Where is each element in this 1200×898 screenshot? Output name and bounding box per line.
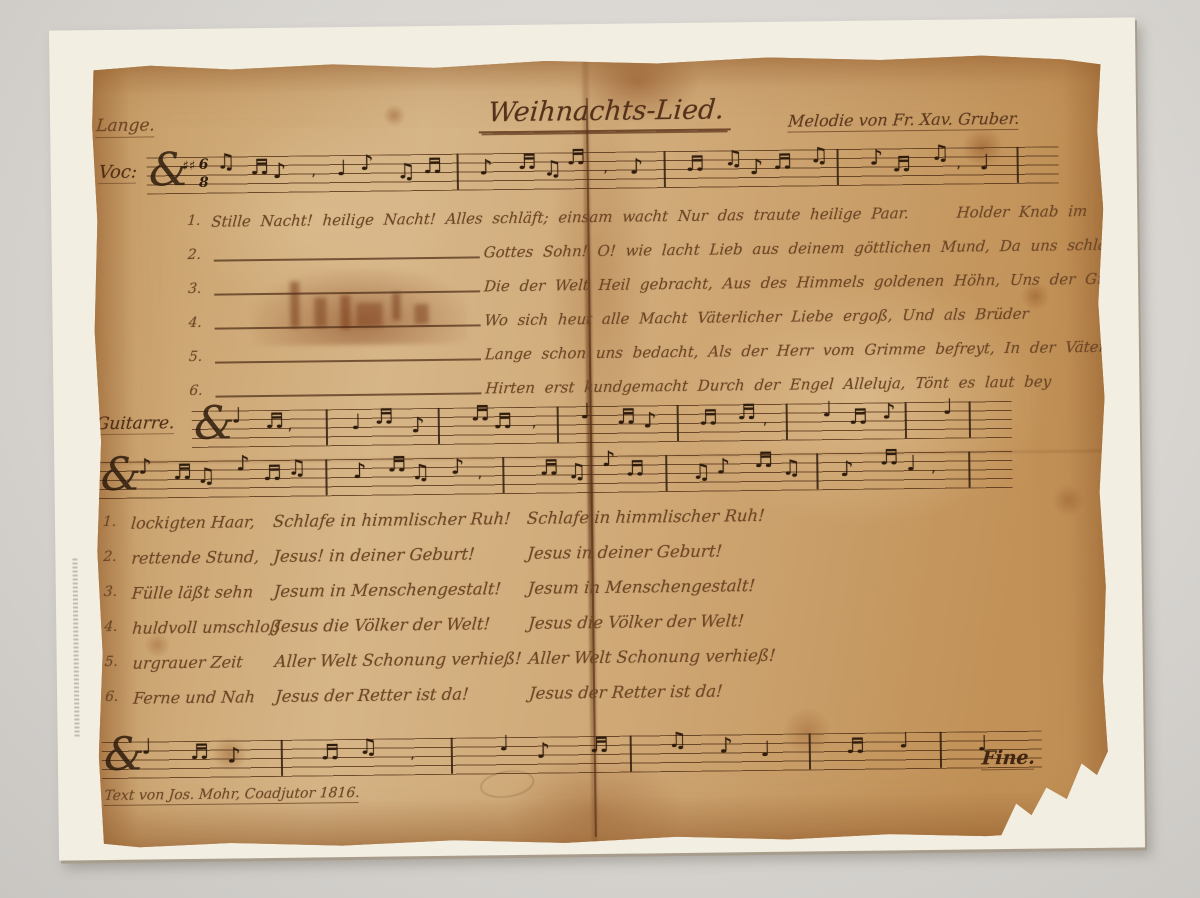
treble-clef-icon: & — [104, 731, 146, 777]
note-glyph: ♫ — [930, 143, 949, 164]
refrain-number: 4. — [104, 619, 119, 635]
closing-staff: &♩♬♪♬♫,♩♪♬♫♪♩♬♩♩ — [102, 731, 1042, 779]
refrain-block: 1.lockigten Haar,Schlafe in himmlischer … — [89, 52, 1103, 64]
note-glyph: ♬ — [423, 156, 442, 177]
note-glyph: ♬ — [880, 447, 899, 468]
verse-ending-words: Ferne und Nah — [132, 687, 255, 708]
note-glyph: ♬ — [517, 152, 536, 173]
note-glyph: ♫ — [692, 462, 711, 483]
rest-mark: , — [287, 418, 292, 433]
note-glyph: ♬ — [566, 147, 585, 168]
note-glyph: ♪ — [227, 745, 241, 766]
tempo-marking: Lange. — [95, 115, 155, 138]
note-glyph: ♪ — [536, 741, 550, 762]
verse-number: 5. — [188, 349, 203, 365]
note-glyph: ♩ — [980, 152, 990, 173]
barline — [663, 151, 665, 187]
note-glyph: ♬ — [250, 157, 269, 178]
verse-number: 2. — [187, 247, 202, 263]
note-glyph: ♬ — [737, 402, 756, 423]
note-glyph: ♩ — [580, 401, 590, 422]
barline — [939, 732, 941, 768]
refrain-line: 5.urgrauer ZeitAller Welt Schonung verhi… — [97, 642, 1111, 678]
verse-text-tail: Holder Knab im — [956, 202, 1088, 222]
refrain-line: 2.rettende Stund,Jesus! in deiner Geburt… — [95, 537, 1109, 573]
note-glyph: ♫ — [724, 148, 743, 169]
barline — [325, 459, 327, 495]
note-glyph: ♫ — [197, 466, 216, 487]
refrain-line: 3.Fülle läßt sehnJesum in Menschengestal… — [96, 572, 1110, 608]
note-glyph: ♬ — [173, 462, 192, 483]
verse-text-start: Hirten erst kundgemacht Durch der Engel … — [485, 372, 1052, 397]
barline — [557, 406, 559, 442]
refrain-number: 5. — [104, 654, 119, 670]
verse-text: Die der Welt Heil gebracht, Aus des Himm… — [483, 270, 1090, 295]
note-glyph: ♬ — [265, 411, 284, 432]
note-glyph: ♬ — [320, 742, 339, 763]
barline — [786, 404, 788, 440]
note-glyph: ♫ — [809, 145, 828, 166]
verse-line: 2.Gottes Sohn! O! wie lacht Lieb aus dei… — [92, 236, 1106, 272]
refrain-line: 4.huldvoll umschloßJesus die Völker der … — [96, 607, 1110, 643]
rest-mark: , — [311, 163, 316, 178]
note-glyph: ♬ — [471, 403, 490, 424]
ditto-line — [214, 256, 480, 261]
lyricist-credit: Text von Jos. Mohr, Coadjutor 1816. — [104, 785, 361, 806]
note-glyph: ♬ — [617, 407, 636, 428]
refrain-line: 6.Ferne und NahJesus der Retter ist da!J… — [97, 677, 1111, 713]
guitar-staff: &♩♬,♩♬♪♬♬,♩♬♪♬♬,♩♬♪♩ — [192, 401, 1012, 448]
treble-clef-icon: & — [100, 451, 142, 497]
verse-line: 5.Lange schon uns bedacht, Als der Herr … — [93, 338, 1107, 374]
barline — [630, 736, 632, 772]
barline — [969, 451, 971, 487]
note-glyph: ♩ — [943, 397, 953, 418]
note-glyph: ♩ — [899, 730, 909, 751]
note-glyph: ♬ — [190, 742, 209, 763]
note-glyph: ♪ — [869, 147, 883, 168]
rest-mark: , — [956, 156, 961, 171]
note-glyph: ♬ — [626, 458, 645, 479]
note-glyph: ♩ — [337, 158, 347, 179]
refrain-second-repeat: Schlafe in himmlischer Ruh! — [526, 506, 765, 528]
verse-ending-words: huldvoll umschloß — [132, 617, 282, 638]
note-glyph: ♩ — [822, 399, 832, 420]
refrain-second-repeat: Aller Welt Schonung verhieß! — [528, 646, 776, 668]
ditto-line — [215, 358, 481, 363]
note-glyph: ♪ — [451, 457, 465, 478]
refrain-number: 1. — [102, 514, 117, 530]
photo-backdrop: Lange. Weihnachts-Lied. Melodie von Fr. … — [0, 0, 1200, 898]
page-title: Weihnachts-Lied. — [479, 94, 733, 133]
note-glyph: ♪ — [479, 157, 493, 178]
note-glyph: ♪ — [643, 410, 657, 431]
ditto-line — [214, 290, 480, 295]
verse-text-start: Die der Welt Heil gebracht, Aus des Himm… — [483, 269, 1144, 295]
barline — [1016, 147, 1018, 183]
barline — [457, 154, 459, 190]
barline — [502, 457, 504, 493]
verse-ending-words: lockigten Haar, — [130, 512, 255, 533]
refrain-second-repeat: Jesus in deiner Geburt! — [527, 541, 723, 562]
refrain-first-repeat: Schlafe in himmlischer Ruh! — [272, 509, 511, 531]
note-glyph: ♪ — [750, 157, 764, 178]
note-glyph: ♪ — [236, 453, 250, 474]
note-glyph: ♫ — [567, 461, 586, 482]
note-glyph: ♫ — [216, 151, 235, 172]
barline — [836, 149, 838, 185]
note-glyph: ♩ — [142, 736, 152, 757]
refrain-second-repeat: Jesus die Völker der Welt! — [528, 611, 745, 633]
barline — [665, 455, 667, 491]
refrain-number: 3. — [103, 584, 118, 600]
poster-sheet: Lange. Weihnachts-Lied. Melodie von Fr. … — [49, 17, 1145, 860]
manuscript-paper: Lange. Weihnachts-Lied. Melodie von Fr. … — [89, 52, 1113, 850]
rest-mark: , — [931, 460, 936, 475]
note-glyph: ♫ — [287, 458, 306, 479]
note-glyph: ♪ — [360, 153, 374, 174]
note-glyph: ♬ — [849, 407, 868, 428]
refrain-first-repeat: Jesus der Retter ist da! — [274, 685, 469, 706]
refrain-first-repeat: Aller Welt Schonung verhieß! — [274, 649, 522, 671]
refrain-first-repeat: Jesus die Völker der Welt! — [274, 614, 491, 636]
note-glyph: ♫ — [668, 730, 687, 751]
note-glyph: ♩ — [906, 453, 916, 474]
note-glyph: ♪ — [630, 156, 644, 177]
note-glyph: ♪ — [716, 456, 730, 477]
note-glyph: ♪ — [719, 735, 733, 756]
guitar-part-label: Guitarre. — [95, 413, 175, 435]
rest-mark: , — [603, 160, 608, 175]
refrain-number: 2. — [103, 549, 118, 565]
barline — [437, 408, 439, 444]
refrain-second-repeat: Jesus der Retter ist da! — [528, 681, 723, 702]
rest-mark: , — [477, 465, 482, 480]
composer-attribution: Melodie von Fr. Xav. Gruber. — [787, 109, 1020, 133]
verse-text: Stille Nacht! heilige Nacht! Alles schlä… — [211, 202, 1088, 231]
note-glyph: ♫ — [543, 158, 562, 179]
note-glyph: ♪ — [840, 459, 854, 480]
barline — [968, 401, 970, 437]
margin-fine-print — [72, 558, 79, 738]
verse-line: 3.Die der Welt Heil gebracht, Aus des Hi… — [92, 270, 1106, 306]
note-glyph: ♬ — [892, 154, 911, 175]
verse-text: Hirten erst kundgemacht Durch der Engel … — [485, 372, 1092, 397]
note-glyph: ♫ — [397, 161, 416, 182]
verse-text-start: Lange schon uns bedacht, Als der Herr vo… — [484, 338, 1106, 364]
barline — [280, 740, 282, 776]
voice-staff: &♯♯68♫♬♪,♩♪♫♬♪♬♫♬,♪♬♫♪♬♫♪♬♫,♩ — [147, 146, 1059, 194]
barline — [326, 409, 328, 445]
refrain-line: 1.lockigten Haar,Schlafe in himmlischer … — [95, 502, 1109, 538]
barline — [904, 402, 906, 438]
note-glyph: ♬ — [493, 411, 512, 432]
barline — [809, 733, 811, 769]
refrain-second-repeat: Jesum in Menschengestalt! — [527, 576, 756, 598]
verse-text: Gottes Sohn! O! wie lacht Lieb aus deine… — [483, 236, 1090, 261]
note-glyph: ♩ — [499, 733, 509, 754]
note-glyph: ♩ — [351, 412, 361, 433]
note-glyph: ♩ — [760, 739, 770, 760]
note-glyph: ♪ — [411, 415, 425, 436]
note-glyph: ♬ — [540, 457, 559, 478]
time-signature-numerator: 6 — [199, 158, 209, 172]
verse-text: Wo sich heut alle Macht Väterlicher Lieb… — [484, 304, 1091, 329]
note-glyph: ♫ — [411, 462, 430, 483]
note-glyph: ♬ — [387, 454, 406, 475]
note-glyph: ♬ — [590, 735, 609, 756]
note-glyph: ♪ — [353, 461, 367, 482]
note-glyph: ♪ — [273, 161, 287, 182]
treble-clef-icon: & — [193, 399, 235, 445]
verse-text-start: Wo sich heut alle Macht Väterlicher Lieb… — [484, 305, 1030, 330]
refrain-first-repeat: Jesum in Menschengestalt! — [273, 579, 502, 601]
barline — [816, 453, 818, 489]
note-glyph: ♬ — [686, 154, 705, 175]
fine-marking: Fine. — [981, 747, 1036, 771]
refrain-number: 6. — [105, 689, 120, 705]
verse-line: 1.Stille Nacht! heilige Nacht! Alles sch… — [91, 202, 1105, 238]
time-signature-denominator: 8 — [199, 176, 209, 190]
guitar-staff-2: &♪♬♫♪♬♫♪♬♫♪,♬♫♪♬♫♪♬♫♪♬♩, — [98, 451, 1012, 499]
note-glyph: ♪ — [882, 401, 896, 422]
rest-mark: , — [410, 746, 415, 761]
barline — [451, 738, 453, 774]
note-glyph: ♫ — [782, 458, 801, 479]
refrain-first-repeat: Jesus! in deiner Geburt! — [273, 544, 476, 565]
verse-ending-words: urgrauer Zeit — [132, 652, 243, 672]
ditto-line — [215, 324, 481, 329]
note-glyph: ♬ — [699, 408, 718, 429]
verse-block: 1.Stille Nacht! heilige Nacht! Alles sch… — [89, 52, 1103, 64]
verse-ending-words: Fülle läßt sehn — [131, 582, 254, 603]
verse-line: 4.Wo sich heut alle Macht Väterlicher Li… — [92, 304, 1106, 340]
key-signature: ♯♯ — [183, 159, 196, 174]
note-glyph: ♬ — [773, 152, 792, 173]
note-glyph: ♫ — [359, 737, 378, 758]
note-glyph: ♬ — [263, 463, 282, 484]
verse-text-start: Stille Nacht! heilige Nacht! Alles schlä… — [211, 204, 910, 231]
verse-number: 1. — [187, 213, 202, 229]
barline — [676, 405, 678, 441]
verse-ending-words: rettende Stund, — [131, 547, 260, 568]
note-glyph: ♪ — [138, 456, 152, 477]
note-glyph: ♬ — [846, 736, 865, 757]
verse-text: Lange schon uns bedacht, Als der Herr vo… — [484, 338, 1091, 363]
note-glyph: ♩ — [232, 405, 242, 426]
verse-number: 3. — [188, 281, 203, 297]
voice-part-label: Voc: — [98, 162, 138, 184]
note-glyph: ♬ — [754, 450, 773, 471]
verse-number: 4. — [188, 315, 203, 331]
note-glyph: ♪ — [602, 449, 616, 470]
rest-mark: , — [763, 412, 768, 427]
ditto-line — [215, 392, 481, 397]
rest-mark: , — [532, 415, 537, 430]
note-glyph: ♬ — [375, 406, 394, 427]
